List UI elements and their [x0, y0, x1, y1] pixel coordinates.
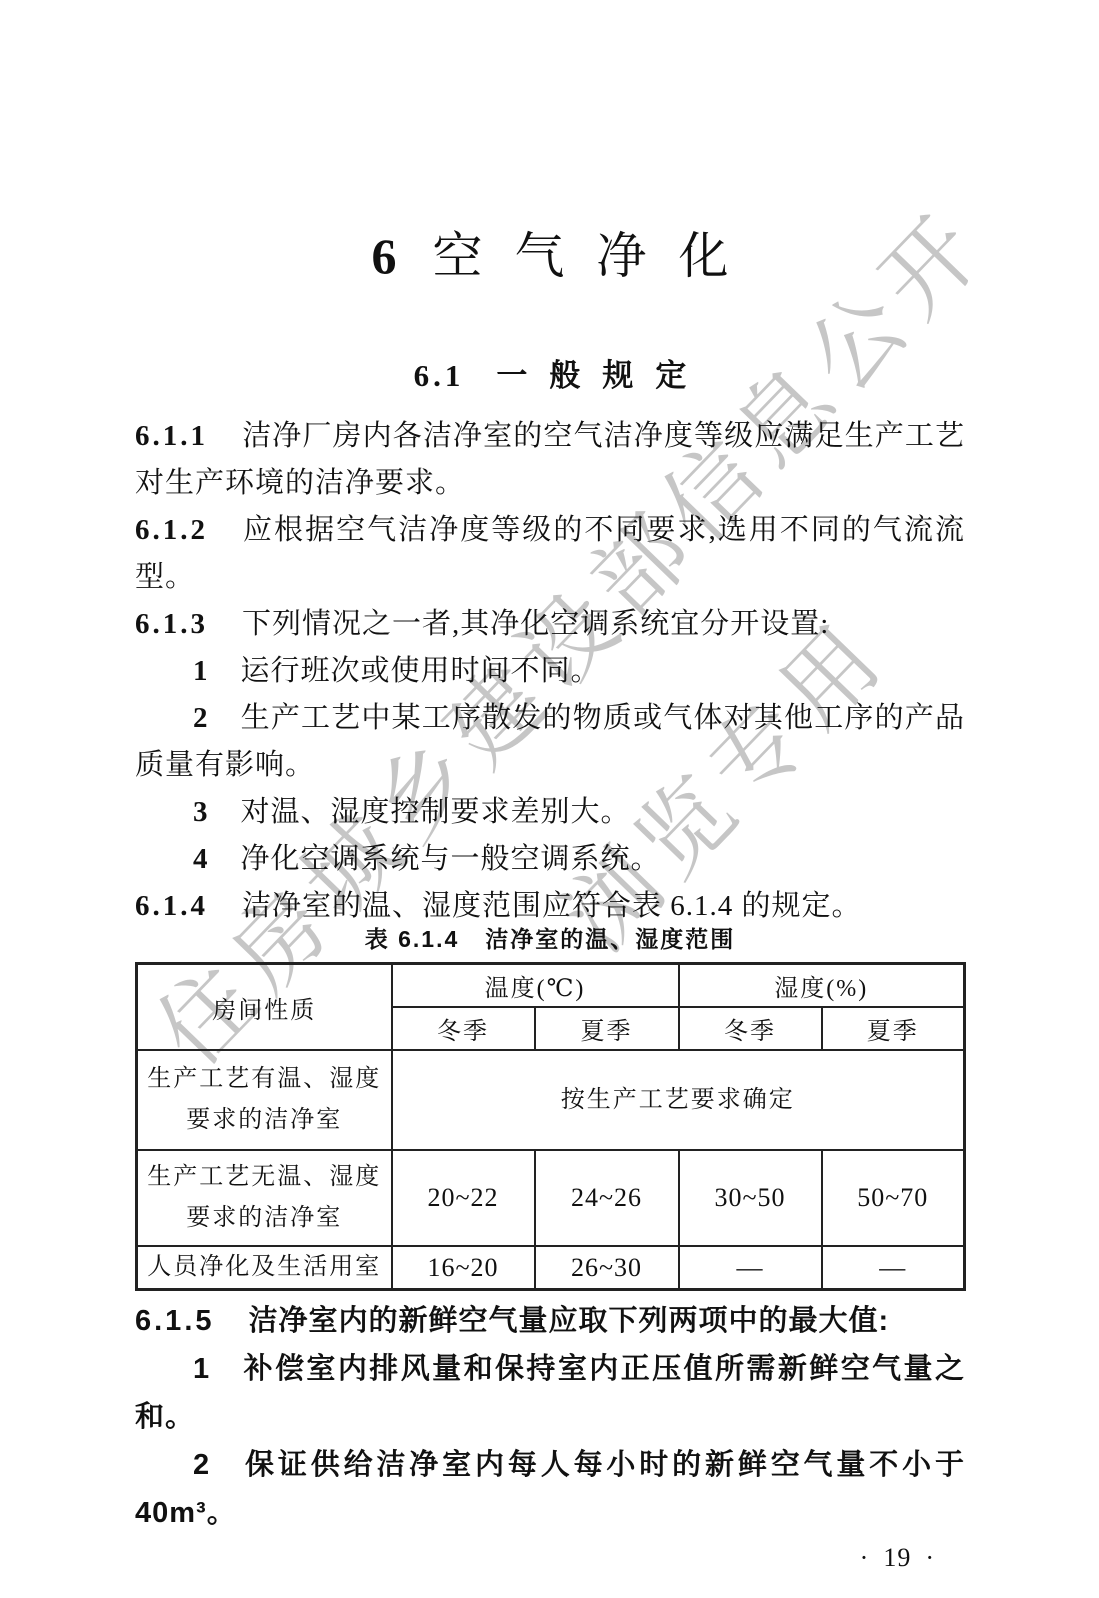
cell-span-value: 按生产工艺要求确定 — [392, 1050, 965, 1150]
clause-number: 6.1.2 — [135, 514, 208, 546]
list-item-3: 3对温、湿度控制要求差别大。 — [135, 789, 965, 836]
mandatory-clauses: 6.1.5洁净室内的新鲜空气量应取下列两项中的最大值: 1补偿室内排风量和保持室… — [135, 1297, 965, 1537]
cell-temp-summer: 24~26 — [535, 1150, 679, 1246]
section-title: 一般规定 — [496, 358, 708, 393]
item-number: 1 — [193, 1353, 212, 1385]
clause-6-1-3: 6.1.3下列情况之一者,其净化空调系统宜分开设置: — [135, 601, 965, 648]
chapter-heading: 6空气净化 — [135, 228, 965, 284]
clause-number: 6.1.3 — [135, 608, 208, 640]
page-number: ·19· — [135, 1543, 965, 1573]
item-number: 3 — [193, 796, 211, 828]
table-row: 人员净化及生活用室 16~20 26~30 — — — [137, 1246, 965, 1290]
temp-humidity-table: 房间性质 温度(℃) 湿度(%) 冬季 夏季 冬季 夏季 生产工艺有温、湿度要求… — [135, 962, 966, 1291]
item-text: 补偿室内排风量和保持室内正压值所需新鲜空气量之和。 — [135, 1353, 965, 1433]
cell-room-type: 人员净化及生活用室 — [137, 1246, 392, 1290]
page-content: 6空气净化 6.1一般规定 6.1.1洁净厂房内各洁净室的空气洁净度等级应满足生… — [135, 228, 965, 1573]
cell-hum-summer: 50~70 — [822, 1150, 965, 1246]
header-hum-winter: 冬季 — [679, 1007, 822, 1050]
header-temp-winter: 冬季 — [392, 1007, 535, 1050]
clause-number: 6.1.5 — [135, 1305, 215, 1337]
section-heading: 6.1一般规定 — [135, 356, 965, 396]
table-caption-label: 表 6.1.4 — [365, 926, 460, 952]
header-humidity: 湿度(%) — [679, 964, 965, 1008]
cell-room-type: 生产工艺有温、湿度要求的洁净室 — [137, 1050, 392, 1150]
item-number: 4 — [193, 843, 211, 875]
cell-hum-winter: 30~50 — [679, 1150, 822, 1246]
page-number-value: 19 — [883, 1543, 911, 1572]
clause-6-1-5: 6.1.5洁净室内的新鲜空气量应取下列两项中的最大值: — [135, 1297, 965, 1345]
clause-6-1-2: 6.1.2应根据空气洁净度等级的不同要求,选用不同的气流流型。 — [135, 507, 965, 601]
cell-hum-winter: — — [679, 1246, 822, 1290]
header-room-type: 房间性质 — [137, 964, 392, 1051]
item-text: 运行班次或使用时间不同。 — [241, 655, 601, 687]
document-page: 住房城乡建设部信息公开 浏览专用 6空气净化 6.1一般规定 6.1.1洁净厂房… — [0, 0, 1099, 1598]
item-text: 生产工艺中某工序散发的物质或气体对其他工序的产品质量有影响。 — [135, 702, 965, 781]
chapter-title: 空气净化 — [433, 228, 761, 284]
chapter-number: 6 — [372, 228, 397, 284]
cell-room-type: 生产工艺无温、湿度要求的洁净室 — [137, 1150, 392, 1246]
header-temp-summer: 夏季 — [535, 1007, 679, 1050]
item-text: 对温、湿度控制要求差别大。 — [241, 796, 631, 828]
clause-number: 6.1.4 — [135, 890, 208, 922]
item-text: 净化空调系统与一般空调系统。 — [241, 843, 661, 875]
clause-6-1-1: 6.1.1洁净厂房内各洁净室的空气洁净度等级应满足生产工艺对生产环境的洁净要求。 — [135, 413, 965, 507]
header-temperature: 温度(℃) — [392, 964, 679, 1008]
table-row: 生产工艺无温、湿度要求的洁净室 20~22 24~26 30~50 50~70 — [137, 1150, 965, 1246]
clause-text: 应根据空气洁净度等级的不同要求,选用不同的气流流型。 — [135, 514, 965, 593]
list-item-2: 2生产工艺中某工序散发的物质或气体对其他工序的产品质量有影响。 — [135, 695, 965, 789]
clause-text: 洁净室内的新鲜空气量应取下列两项中的最大值: — [249, 1305, 890, 1337]
page-number-dot: · — [860, 1543, 870, 1572]
clause-text: 下列情况之一者,其净化空调系统宜分开设置: — [242, 608, 829, 640]
page-number-dot: · — [925, 1543, 935, 1572]
body-text: 6.1.1洁净厂房内各洁净室的空气洁净度等级应满足生产工艺对生产环境的洁净要求。… — [135, 413, 965, 930]
item-number: 1 — [193, 655, 211, 687]
item-number: 2 — [193, 702, 211, 734]
list-item-4: 4净化空调系统与一般空调系统。 — [135, 836, 965, 883]
clause-6-1-4: 6.1.4洁净室的温、湿度范围应符合表 6.1.4 的规定。 — [135, 883, 965, 930]
clause-number: 6.1.1 — [135, 420, 208, 452]
list-item-1: 1运行班次或使用时间不同。 — [135, 648, 965, 695]
item-text: 保证供给洁净室内每人每小时的新鲜空气量不小于 40m³。 — [135, 1449, 965, 1529]
cell-hum-summer: — — [822, 1246, 965, 1290]
header-hum-summer: 夏季 — [822, 1007, 965, 1050]
cell-temp-winter: 20~22 — [392, 1150, 535, 1246]
table-header-row-1: 房间性质 温度(℃) 湿度(%) — [137, 964, 965, 1008]
list-item-1: 1补偿室内排风量和保持室内正压值所需新鲜空气量之和。 — [135, 1345, 965, 1441]
table-caption-title: 洁净室的温、湿度范围 — [485, 926, 735, 952]
cell-temp-winter: 16~20 — [392, 1246, 535, 1290]
item-number: 2 — [193, 1449, 212, 1481]
clause-text: 洁净室的温、湿度范围应符合表 6.1.4 的规定。 — [242, 890, 862, 922]
clause-text: 洁净厂房内各洁净室的空气洁净度等级应满足生产工艺对生产环境的洁净要求。 — [135, 420, 965, 499]
list-item-2: 2保证供给洁净室内每人每小时的新鲜空气量不小于 40m³。 — [135, 1441, 965, 1537]
section-number: 6.1 — [414, 358, 465, 393]
table-row: 生产工艺有温、湿度要求的洁净室 按生产工艺要求确定 — [137, 1050, 965, 1150]
cell-temp-summer: 26~30 — [535, 1246, 679, 1290]
